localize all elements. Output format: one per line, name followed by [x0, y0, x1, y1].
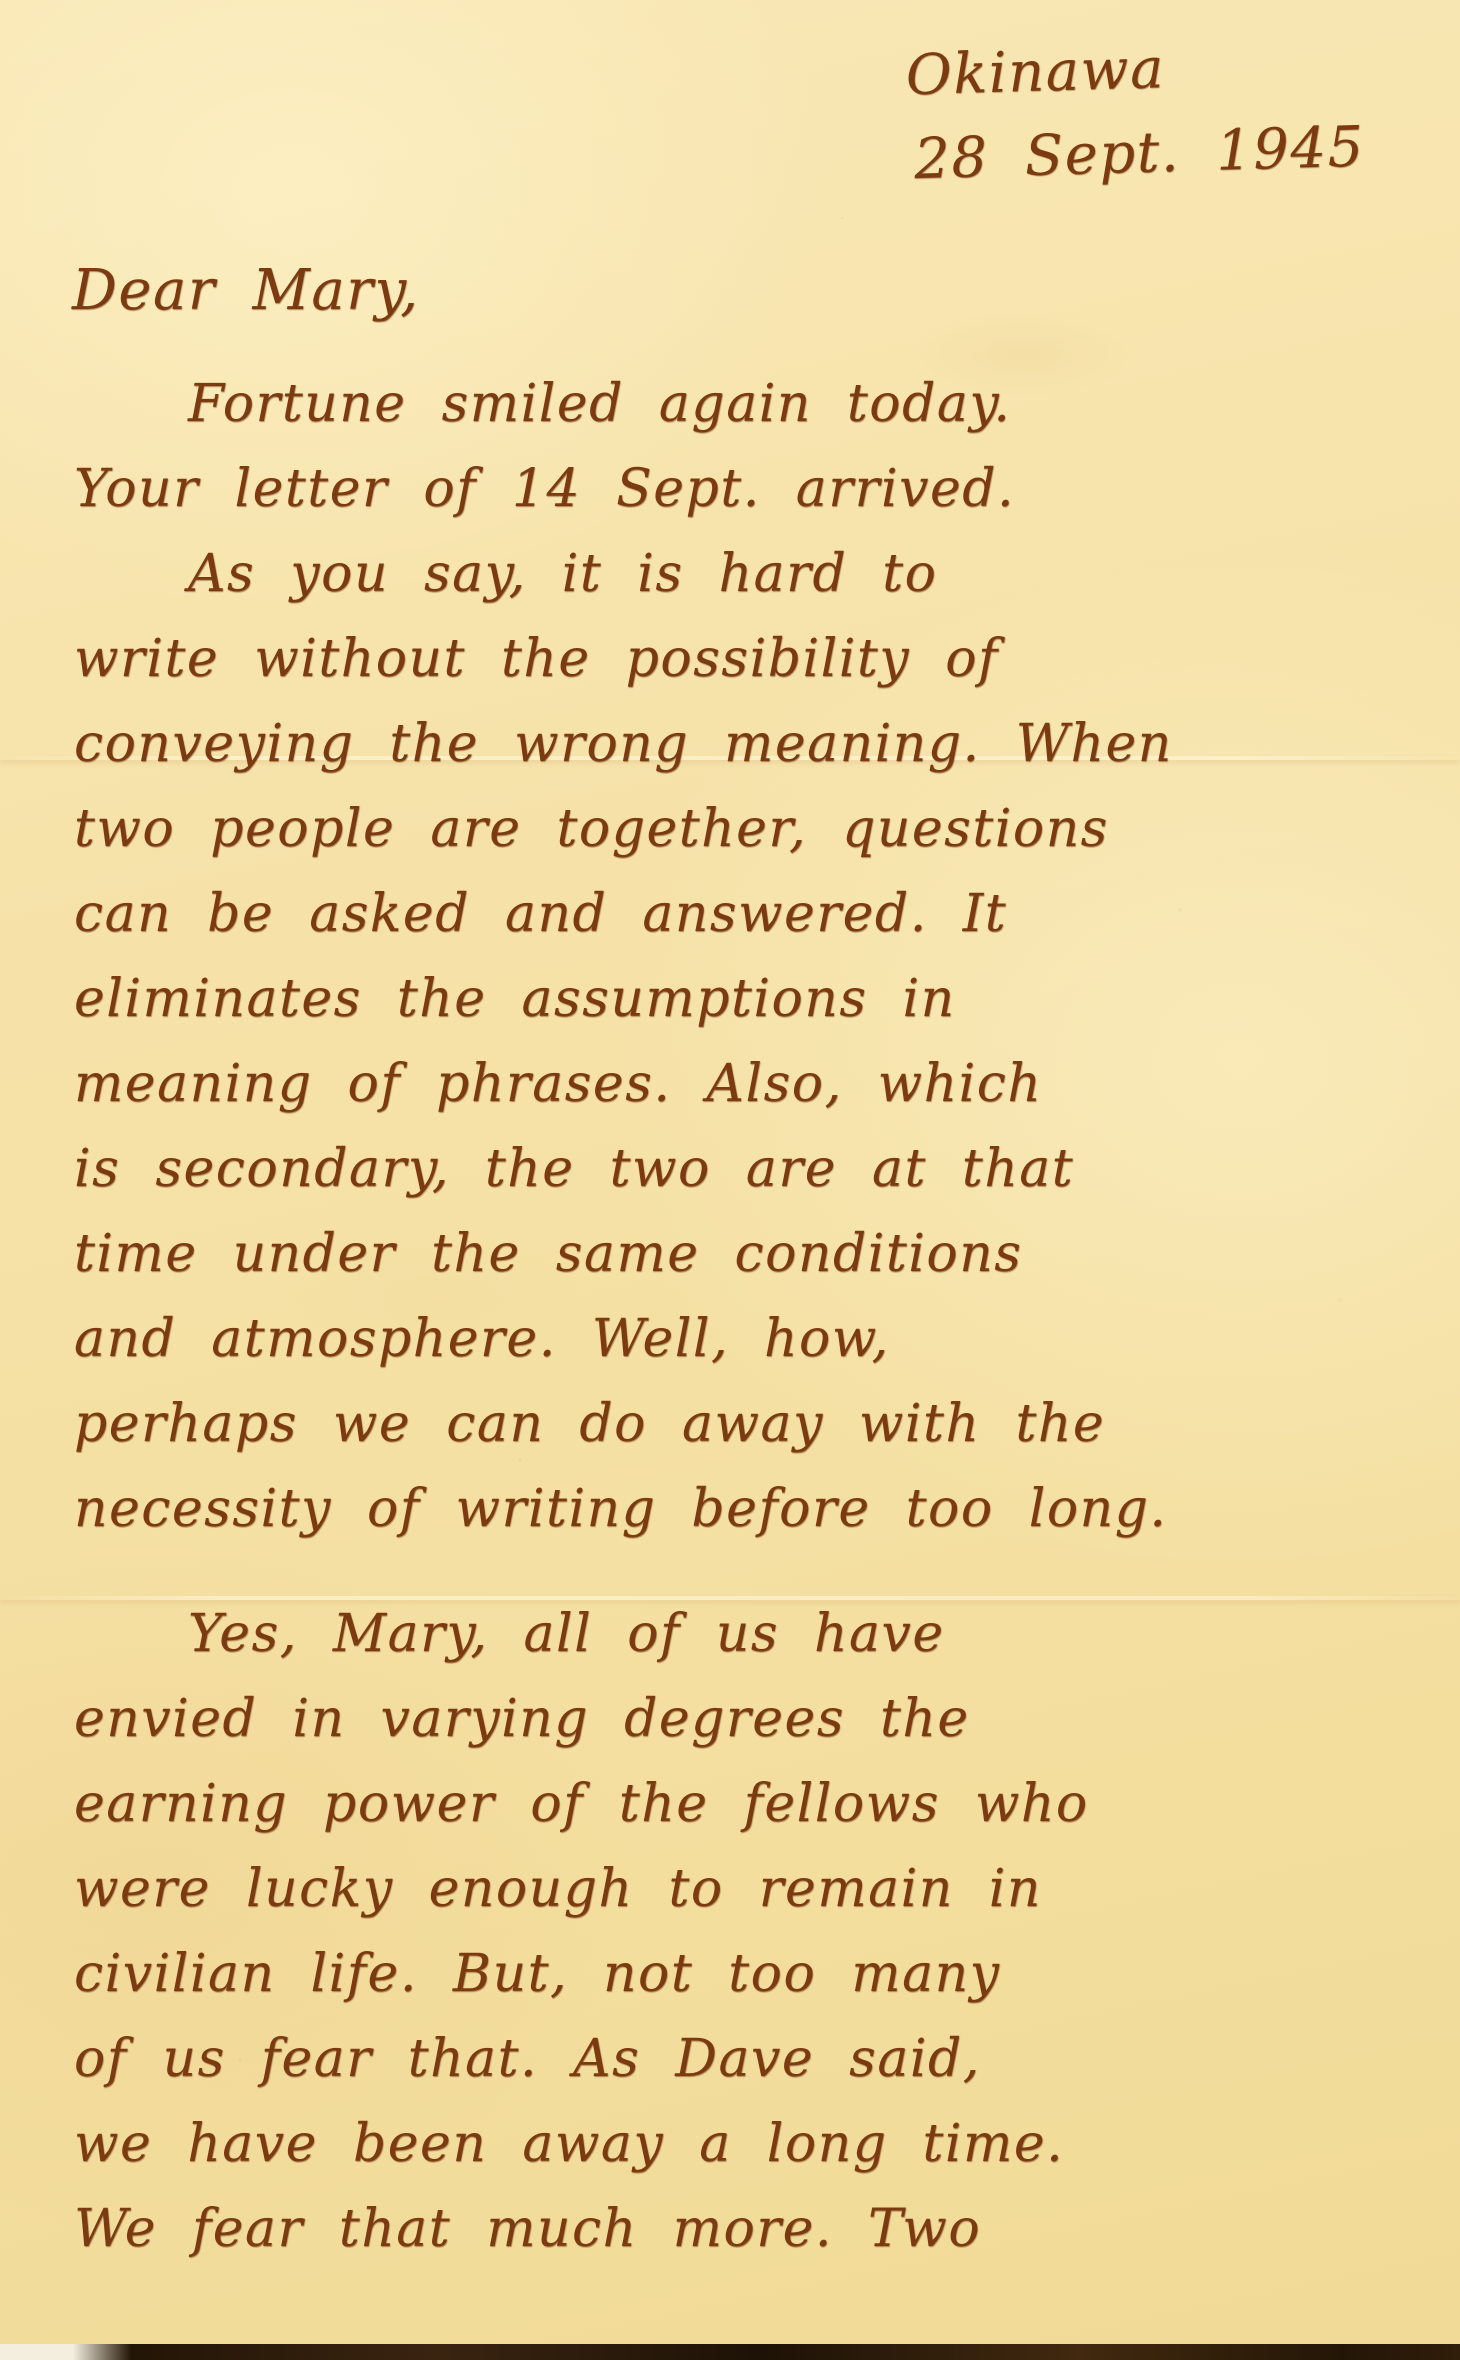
- letter-line: civilian life. But, not too many: [0, 1932, 1460, 2017]
- letter-line: conveying the wrong meaning. When: [0, 702, 1460, 787]
- letter-line: Your letter of 14 Sept. arrived.: [0, 447, 1460, 532]
- letter-line: Yes, Mary, all of us have: [0, 1592, 1460, 1677]
- letter-line: earning power of the fellows who: [0, 1762, 1460, 1847]
- letter-line: were lucky enough to remain in: [0, 1847, 1460, 1932]
- letter-line: and atmosphere. Well, how,: [0, 1297, 1460, 1382]
- letter-line: We fear that much more. Two: [0, 2187, 1460, 2272]
- letter-line: necessity of writing before too long.: [0, 1467, 1460, 1552]
- letter-page: Okinawa 28 Sept. 1945 Dear Mary, Fortune…: [0, 0, 1460, 2360]
- letter-line: we have been away a long time.: [0, 2102, 1460, 2187]
- letter-line: is secondary, the two are at that: [0, 1127, 1460, 1212]
- letter-line: Fortune smiled again today.: [0, 362, 1460, 447]
- letter-line: eliminates the assumptions in: [0, 957, 1460, 1042]
- page-bottom-edge: [0, 2344, 1460, 2360]
- letter-line: can be asked and answered. It: [0, 872, 1460, 957]
- letter-line: meaning of phrases. Also, which: [0, 1042, 1460, 1127]
- letter-line: of us fear that. As Dave said,: [0, 2017, 1460, 2102]
- letter-line: write without the possibility of: [0, 617, 1460, 702]
- letter-heading: Okinawa 28 Sept. 1945: [905, 22, 1366, 203]
- letter-line: As you say, it is hard to: [0, 532, 1460, 617]
- letter-line: perhaps we can do away with the: [0, 1382, 1460, 1467]
- salutation: Dear Mary,: [72, 258, 420, 323]
- letter-line: envied in varying degrees the: [0, 1677, 1460, 1762]
- letter-line: two people are together, questions: [0, 787, 1460, 872]
- letter-line: time under the same conditions: [0, 1212, 1460, 1297]
- letter-body: Fortune smiled again today. Your letter …: [0, 362, 1460, 2272]
- letter-date: 28 Sept. 1945: [908, 106, 1367, 203]
- letter-location: Okinawa: [905, 22, 1364, 119]
